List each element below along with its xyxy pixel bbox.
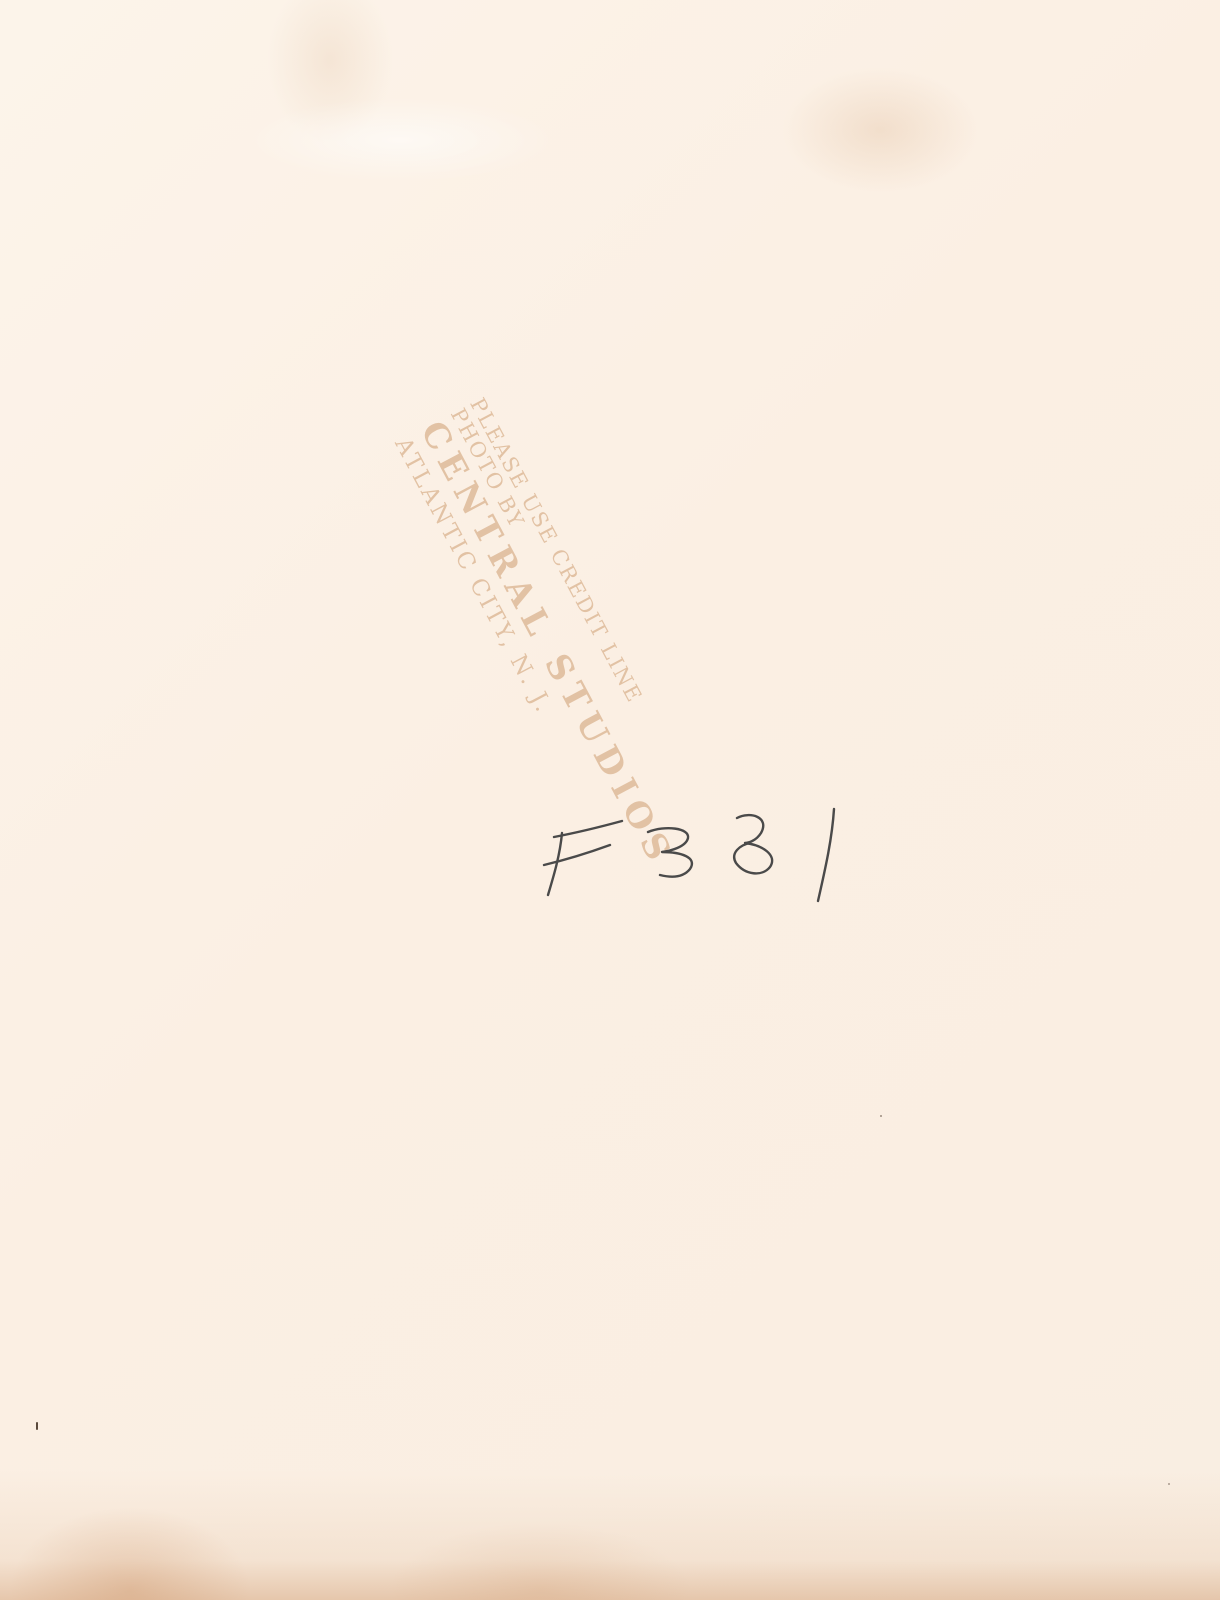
handwriting-strokes [540, 805, 840, 905]
paper-speck [880, 1115, 882, 1117]
paper-speck [1168, 1483, 1170, 1485]
handwritten-catalog-number: F331 [540, 805, 840, 905]
photo-back-paper: PLEASE USE CREDIT LINE PHOTO BY CENTRAL … [0, 0, 1220, 1600]
paper-speck [36, 1422, 38, 1430]
